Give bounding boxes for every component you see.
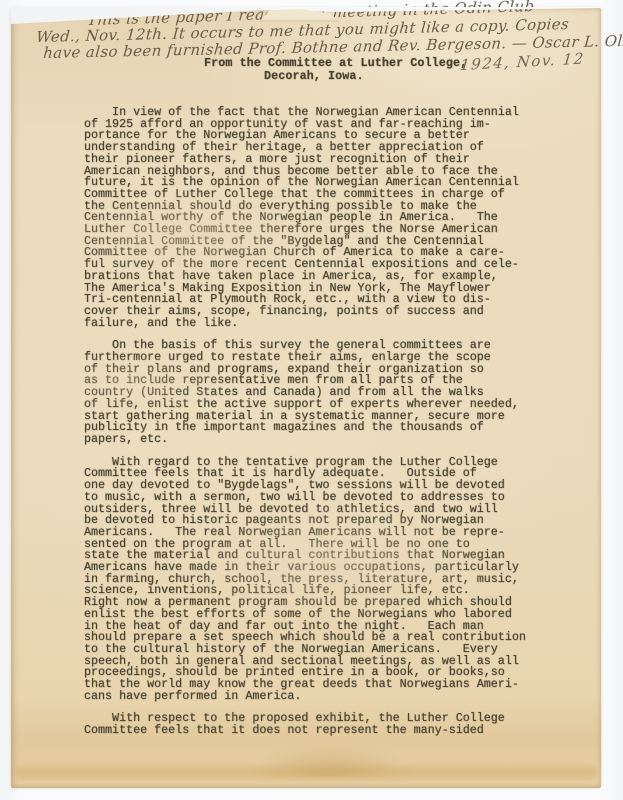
bottom-stain-blob <box>251 744 411 778</box>
letter-heading-place: Decorah, Iowa. <box>264 69 364 83</box>
letter-body: In view of the fact that the Norwegian A… <box>84 107 532 748</box>
body-paragraph-3: With regard to the tentative program the… <box>84 457 532 703</box>
body-paragraph-2: On the basis of this survey the general … <box>84 340 532 445</box>
body-paragraph-4: With respect to the proposed exhibit, th… <box>84 713 532 736</box>
letter-heading-committee: From the Committee at Luther College, <box>204 56 467 70</box>
body-paragraph-1: In view of the fact that the Norwegian A… <box>84 107 532 329</box>
document-scan: This is the paper I read at our meeting … <box>0 0 623 800</box>
handwritten-date-annotation: 1924, Nov. 12 <box>459 49 585 74</box>
paper-sheet: This is the paper I read at our meeting … <box>11 8 601 788</box>
